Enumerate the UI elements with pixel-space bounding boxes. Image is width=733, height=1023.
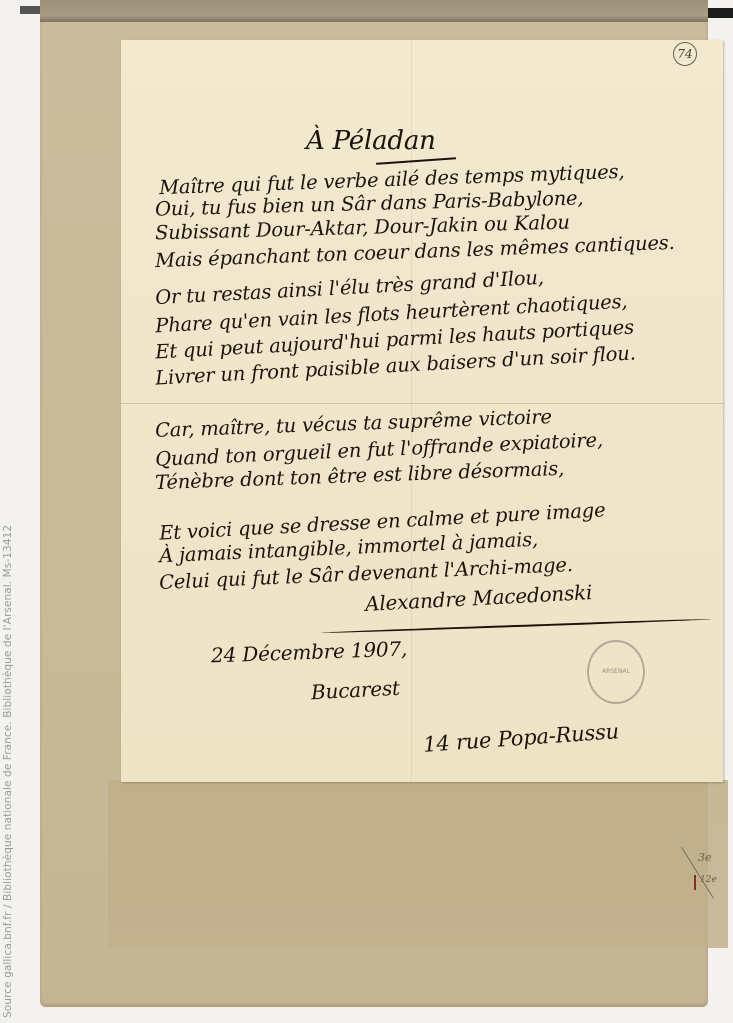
signature-underline xyxy=(321,618,711,634)
poem-title: À Péladan xyxy=(306,126,436,156)
mount-tab-right xyxy=(708,8,733,18)
letter-sheet: 74 À Péladan Maître qui fut le verbe ail… xyxy=(121,40,723,782)
signature: Alexandre Macedonski xyxy=(365,580,593,616)
letter-address: 14 rue Popa-Russu xyxy=(422,719,619,757)
horizontal-fold xyxy=(121,403,723,404)
source-credit: Source gallica.bnf.fr / Bibliothèque nat… xyxy=(2,498,14,1018)
shelf-mark: 3e 12e xyxy=(680,845,720,895)
mounting-board: 3e 12e 74 À Péladan Maître qui fut le ve… xyxy=(40,0,708,1007)
shelf-mark-top: 3e xyxy=(698,851,712,864)
library-stamp: ARSENAL xyxy=(587,640,645,704)
mount-tab-left xyxy=(20,6,42,14)
shelf-mark-red-stroke-icon xyxy=(694,875,696,890)
letter-date: 24 Décembre 1907, xyxy=(211,637,408,668)
letter-place: Bucarest xyxy=(310,676,400,705)
folio-number: 74 xyxy=(673,42,697,66)
mount-inner-recess xyxy=(108,780,728,948)
title-underline xyxy=(376,157,456,164)
mount-top-band xyxy=(40,0,708,22)
shelf-mark-bottom: 12e xyxy=(700,875,717,885)
